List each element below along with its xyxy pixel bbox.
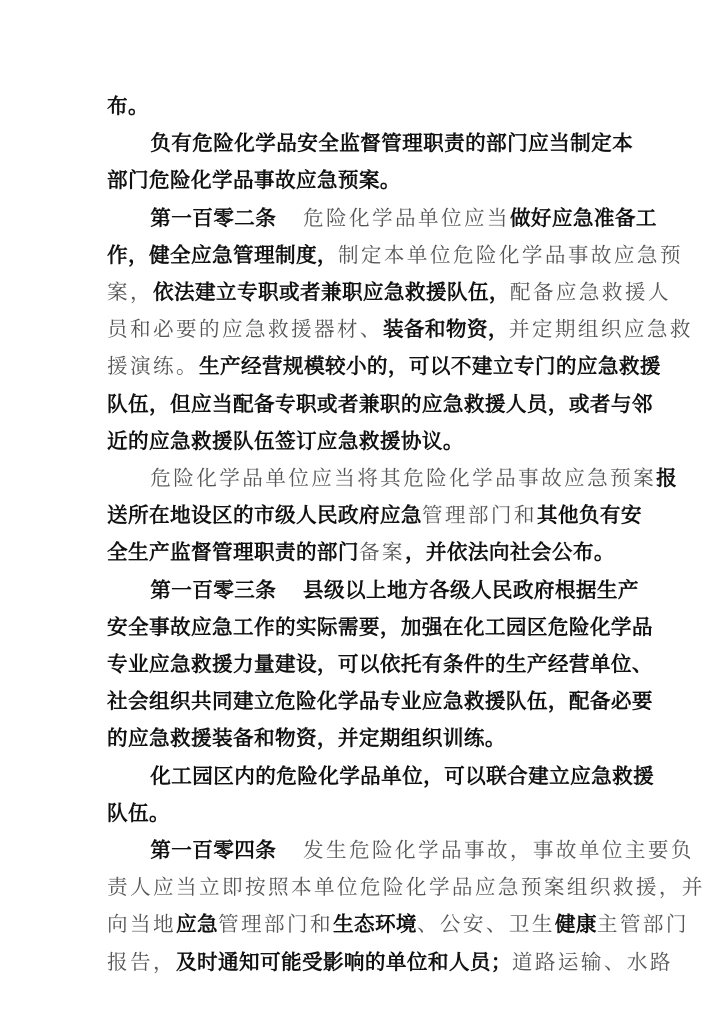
text-segment: 作，健全应急管理制度， — [107, 243, 338, 267]
text-segment: 县级以上地方各级人民政府根据生产 — [303, 578, 639, 602]
text-line: 作，健全应急管理制度，制定本单位危险化学品事故应急预 — [107, 237, 627, 274]
text-line: 第一百零四条发生危险化学品事故，事故单位主要负 — [107, 832, 627, 869]
text-segment: 生态环境 — [333, 912, 417, 936]
text-segment: 报 — [656, 466, 677, 490]
text-segment: 送所在地设区的市级人民政府应急 — [107, 503, 422, 527]
text-segment: 全生产监督管理职责的部门 — [107, 540, 359, 564]
article-paragraph: 第一百零三条县级以上地方各级人民政府根据生产安全事故应急工作的实际需要，加强在化… — [107, 572, 627, 758]
text-segment: 安全事故应急工作的实际需要，加强在化工园区危险化学品 — [107, 615, 653, 639]
text-line: 员和必要的应急救援器材、装备和物资，并定期组织应急救 — [107, 311, 627, 348]
article-number: 第一百零二条 — [150, 206, 276, 230]
paragraph: 负有危险化学品安全监督管理职责的部门应当制定本部门危险化学品事故应急预案。 — [107, 125, 627, 199]
article-number: 第一百零三条 — [150, 578, 276, 602]
text-line: 的应急救援装备和物资，并定期组织训练。 — [107, 720, 627, 757]
text-line: 第一百零二条危险化学品单位应当做好应急准备工 — [107, 200, 627, 237]
text-line: 向当地应急管理部门和生态环境、公安、卫生健康主管部门 — [107, 906, 627, 943]
text-line: 送所在地设区的市级人民政府应急管理部门和其他负有安 — [107, 497, 627, 534]
text-segment: 责人应当立即按照本单位危险化学品应急预案组织救援，并 — [107, 875, 705, 899]
text-segment: 案， — [107, 280, 153, 304]
text-segment: 化工园区内的危险化学品单位，可以联合建立应急救援 — [150, 764, 654, 788]
text-segment: 危险化学品单位应当将其危险化学品事故应急预案 — [150, 466, 656, 490]
text-line: 危险化学品单位应当将其危险化学品事故应急预案报 — [107, 460, 627, 497]
text-line: 队伍。 — [107, 795, 627, 832]
text-segment: 专业应急救援力量建设，可以依托有条件的生产经营单位、 — [107, 652, 653, 676]
article-paragraph: 第一百零二条危险化学品单位应当做好应急准备工作，健全应急管理制度，制定本单位危险… — [107, 200, 627, 460]
paragraph: 布。 — [107, 88, 627, 125]
text-segment: 及时通知可能受影响的单位和人员； — [176, 950, 512, 974]
text-segment: 近的应急救援队伍签订应急救援协议。 — [107, 429, 464, 453]
text-segment: 主管部门 — [597, 912, 689, 936]
text-line: 队伍，但应当配备专职或者兼职的应急救援人员，或者与邻 — [107, 386, 627, 423]
text-segment: 装备和物资， — [383, 317, 509, 341]
text-line: 案，依法建立专职或者兼职应急救援队伍，配备应急救援人 — [107, 274, 627, 311]
text-segment: 向当地 — [107, 912, 176, 936]
text-line: 部门危险化学品事故应急预案。 — [107, 162, 627, 199]
text-segment: 其他负有安 — [537, 503, 642, 527]
text-line: 责人应当立即按照本单位危险化学品应急预案组织救援，并 — [107, 869, 627, 906]
text-segment: 备案 — [359, 540, 405, 564]
text-line: 社会组织共同建立危险化学品专业应急救援队伍，配备必要 — [107, 683, 627, 720]
text-segment: 做好应急准备工 — [510, 206, 657, 230]
text-segment: 管理部门和 — [422, 503, 537, 527]
text-segment: 应急 — [176, 912, 218, 936]
text-segment: ，并依法向社会公布。 — [405, 540, 615, 564]
paragraph: 化工园区内的危险化学品单位，可以联合建立应急救援队伍。 — [107, 758, 627, 832]
text-segment: 社会组织共同建立危险化学品专业应急救援队伍，配备必要 — [107, 689, 653, 713]
text-line: 负有危险化学品安全监督管理职责的部门应当制定本 — [107, 125, 627, 162]
text-segment: 队伍，但应当配备专职或者兼职的应急救援人员，或者与邻 — [107, 392, 653, 416]
text-line: 安全事故应急工作的实际需要，加强在化工园区危险化学品 — [107, 609, 627, 646]
text-segment: 员和必要的应急救援器材、 — [107, 317, 383, 341]
text-segment: 队伍。 — [107, 801, 170, 825]
text-segment: 并定期组织应急救 — [509, 317, 693, 341]
text-line: 专业应急救援力量建设，可以依托有条件的生产经营单位、 — [107, 646, 627, 683]
text-line: 化工园区内的危险化学品单位，可以联合建立应急救援 — [107, 758, 627, 795]
text-segment: 依法建立专职或者兼职应急救援队伍， — [153, 280, 510, 304]
text-line: 报告，及时通知可能受影响的单位和人员；道路运输、水路 — [107, 944, 627, 981]
text-segment: 布。 — [107, 94, 149, 118]
paragraph: 危险化学品单位应当将其危险化学品事故应急预案报送所在地设区的市级人民政府应急管理… — [107, 460, 627, 572]
document-page: 布。负有危险化学品安全监督管理职责的部门应当制定本部门危险化学品事故应急预案。第… — [107, 88, 627, 981]
text-segment: 发生危险化学品事故，事故单位主要负 — [303, 838, 694, 862]
text-segment: 报告， — [107, 950, 176, 974]
text-segment: 健康 — [555, 912, 597, 936]
text-segment: 援演练。 — [107, 354, 199, 378]
text-segment: 的应急救援装备和物资，并定期组织训练。 — [107, 726, 506, 750]
text-segment: 、公安、卫生 — [417, 912, 555, 936]
text-line: 第一百零三条县级以上地方各级人民政府根据生产 — [107, 572, 627, 609]
article-paragraph: 第一百零四条发生危险化学品事故，事故单位主要负责人应当立即按照本单位危险化学品应… — [107, 832, 627, 981]
text-segment: 制定本单位危险化学品事故应急预 — [338, 243, 683, 267]
text-segment: 生产经营规模较小的，可以不建立专门的应急救援 — [199, 354, 661, 378]
text-line: 布。 — [107, 88, 627, 125]
text-segment: 道路运输、水路 — [512, 950, 673, 974]
text-segment: 部门危险化学品事故应急预案。 — [107, 168, 401, 192]
text-line: 近的应急救援队伍签订应急救援协议。 — [107, 423, 627, 460]
text-line: 援演练。生产经营规模较小的，可以不建立专门的应急救援 — [107, 348, 627, 385]
text-segment: 负有危险化学品安全监督管理职责的部门应当制定本 — [150, 131, 633, 155]
article-number: 第一百零四条 — [150, 838, 276, 862]
text-line: 全生产监督管理职责的部门备案，并依法向社会公布。 — [107, 534, 627, 571]
text-segment: 危险化学品单位应当 — [303, 206, 510, 230]
text-segment: 管理部门和 — [218, 912, 333, 936]
text-segment: 配备应急救援人 — [510, 280, 671, 304]
